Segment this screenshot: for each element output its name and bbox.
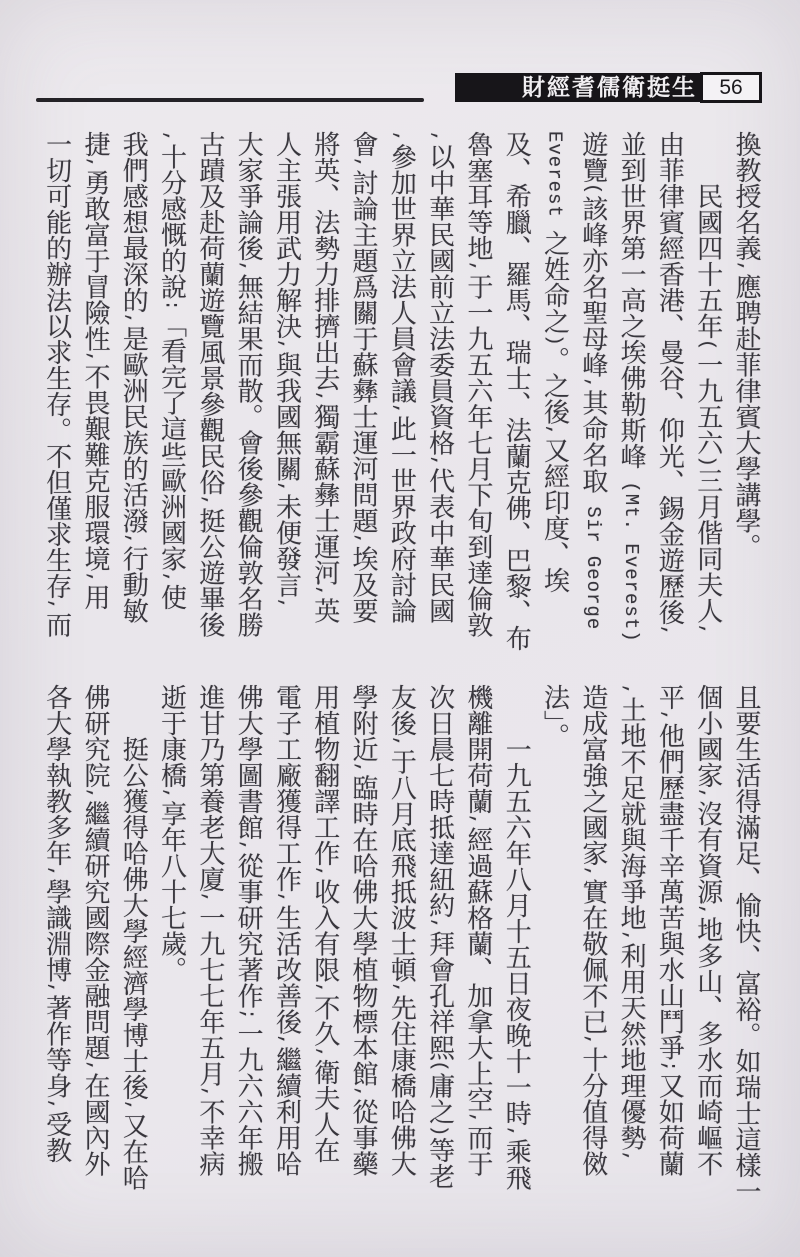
latin-text: ,: [275, 1034, 297, 1046]
text-column: 我們感想最深的,是歐洲民族的活潑,行動敏: [114, 131, 152, 624]
text-column: 換教授名義,應聘赴菲律賓大學講學。: [727, 131, 765, 559]
latin-text: ,: [467, 261, 489, 273]
latin-text: ,: [390, 982, 412, 994]
text-column: 一九五六年八月十五日夜晚十一時,乘飛: [497, 684, 535, 1190]
text-column: 個小國家,沒有資源,地多山、多水而崎嶇不: [688, 684, 726, 1177]
latin-text: ,: [84, 1060, 106, 1072]
text-column: 法」。: [535, 684, 573, 749]
latin-text: ,: [620, 1151, 642, 1163]
latin-text: ,: [314, 866, 336, 878]
text-column: 古蹟及赴荷蘭遊覽風景參觀民俗,挺公遊畢後: [191, 131, 229, 637]
latin-text: ,: [237, 840, 259, 852]
latin-text: ,: [84, 351, 106, 363]
text-column: 由菲律賓經香港、曼谷、仰光、錫金遊歷後,: [650, 131, 688, 637]
latin-text: ,: [735, 261, 757, 273]
page-header-bar: 財經耆儒衛挺生: [455, 73, 702, 102]
latin-text: ;: [237, 1008, 259, 1020]
text-column: 魯塞耳等地,于一九五六年七月下旬到達倫敦: [459, 131, 497, 637]
latin-text: ;: [658, 1060, 680, 1072]
page-number-box: 56: [700, 72, 762, 103]
text-column: 進甘乃第養老大廈,一九七七年五月,不幸病: [191, 684, 229, 1177]
latin-text: Everest: [544, 131, 566, 230]
latin-text: ,: [161, 572, 183, 584]
latin-text: ,: [314, 982, 336, 994]
text-column: 會,討論主題爲關于蘇彝士運河問題,埃及要: [344, 131, 382, 624]
latin-text: ,: [84, 157, 106, 169]
latin-text: ,: [697, 788, 719, 800]
latin-text: ,: [544, 425, 566, 437]
latin-text: ,: [199, 892, 221, 904]
latin-text: ,: [352, 157, 374, 169]
latin-text: (Mt. Everest): [620, 469, 642, 643]
text-column: 及、希臘、羅馬、瑞士、法蘭克佛、巴黎、布: [497, 131, 535, 651]
latin-text: ,: [199, 495, 221, 507]
text-column: 大家爭論後,無結果而散。會後參觀倫敦名勝: [229, 131, 267, 637]
latin-text: ): [429, 1125, 451, 1137]
latin-text: ,: [84, 572, 106, 584]
text-column: 佛大學圖書館,從事研究著作;一九六六年搬: [229, 684, 267, 1177]
latin-text: ,: [122, 533, 144, 545]
latin-text: ,: [582, 866, 604, 878]
text-column: 逝于康橋,享年八十七歲。: [152, 684, 190, 982]
latin-text: (: [582, 183, 604, 195]
latin-text: ,: [582, 1034, 604, 1046]
text-column: 電子工廠獲得工作,生活改善後,繼續利用哈: [267, 684, 305, 1177]
text-column: ,以中華民國前立法委員資格,代表中華民國: [420, 131, 458, 624]
text-column: 學附近,臨時在哈佛大學植物標本館,從事藥: [344, 684, 382, 1177]
latin-text: ,: [46, 982, 68, 994]
text-column: 人主張用武力解決,與我國無關,未便發言,: [267, 131, 305, 610]
text-column: 並到世界第一高之埃佛勒斯峰 (Mt. Everest): [612, 131, 650, 643]
text-column: 將英、法勢力排擠出去,獨霸蘇彝士運河,英: [305, 131, 343, 624]
latin-text: ,: [429, 918, 451, 930]
latin-text: ,: [275, 598, 297, 610]
text-column: 友後,于八月底飛抵波士頓,先住康橋哈佛大: [382, 684, 420, 1177]
header-rule: [36, 98, 424, 102]
latin-text: ,: [620, 930, 642, 942]
latin-text: ,: [582, 377, 604, 389]
latin-text: ,: [352, 533, 374, 545]
text-column: 民國四十五年(一九五六)三月偕同夫人,: [688, 131, 726, 636]
latin-text: ,: [275, 339, 297, 351]
latin-text: ,: [390, 403, 412, 415]
latin-text: ,: [697, 624, 719, 636]
page-number: 56: [719, 77, 742, 98]
latin-text: ,: [199, 1086, 221, 1098]
latin-text: ,: [161, 788, 183, 800]
latin-text: (: [429, 1060, 451, 1072]
latin-text: ,: [620, 684, 642, 696]
latin-text: ,: [505, 1126, 527, 1138]
latin-text: ,: [658, 710, 680, 722]
latin-text: ,: [161, 131, 183, 143]
latin-text: ,: [390, 131, 412, 143]
latin-text: ,: [352, 1086, 374, 1098]
latin-text: :: [161, 299, 183, 311]
latin-text: Sir George: [582, 494, 604, 630]
latin-text: ,: [352, 762, 374, 774]
text-column: 用植物翻譯工作,收入有限,不久,衛夫人在: [305, 684, 343, 1163]
text-column: 平,他們歷盡千辛萬苦與水山鬥爭;又如荷蘭: [650, 684, 688, 1177]
book-title: 財經耆儒衛挺生: [522, 76, 697, 99]
text-column: ,參加世界立法人員會議,此一世界政府討論: [382, 131, 420, 624]
latin-text: ,: [46, 866, 68, 878]
latin-text: ): [544, 334, 566, 346]
text-column: ,十分感慨的說:「看完了這些歐洲國家,使: [152, 131, 190, 610]
latin-text: ): [697, 455, 719, 467]
latin-text: ,: [46, 599, 68, 611]
latin-text: ,: [697, 904, 719, 916]
latin-text: ,: [46, 1099, 68, 1111]
latin-text: ,: [467, 814, 489, 826]
latin-text: ,: [275, 481, 297, 493]
latin-text: ,: [314, 1047, 336, 1059]
latin-text: ,: [467, 1112, 489, 1124]
latin-text: ,: [275, 892, 297, 904]
latin-text: ,: [314, 391, 336, 403]
text-column: 各大學執教多年,學識淵博,著作等身,受教: [37, 684, 75, 1163]
latin-text: ,: [429, 455, 451, 467]
latin-text: ,: [84, 788, 106, 800]
latin-text: ,: [122, 1100, 144, 1112]
text-column: 且要生活得滿足、愉快、富裕。如瑞士這樣一: [727, 684, 765, 1204]
text-column: 佛研究院,繼續研究國際金融問題,在國內外: [76, 684, 114, 1177]
text-column: 造成富強之國家,實在敬佩不已,十分值得傚: [574, 684, 612, 1177]
latin-text: ,: [314, 585, 336, 597]
text-column: 捷,勇敢富于冒險性,不畏艱難克服環境,用: [76, 131, 114, 610]
text-column: Everest 之姓命之)。之後,又經印度、埃: [535, 131, 573, 593]
latin-text: ,: [122, 313, 144, 325]
latin-text: ,: [429, 131, 451, 143]
text-column: 遊覽(該峰亦名聖母峰,其命名取 Sir George: [574, 131, 612, 630]
text-column: 機離開荷蘭,經過蘇格蘭、加拿大上空,而于: [459, 684, 497, 1177]
latin-text: ,: [390, 736, 412, 748]
text-column: 一切可能的辦法以求生存。不但僅求生存,而: [37, 131, 75, 637]
latin-text: ,: [237, 261, 259, 273]
bottom-text-block: 且要生活得滿足、愉快、富裕。如瑞士這樣一個小國家,沒有資源,地多山、多水而崎嶇不…: [36, 684, 765, 1236]
latin-text: ,: [658, 625, 680, 637]
text-column: ,土地不足就與海爭地,利用天然地理優勢,: [612, 684, 650, 1163]
top-text-block: 換教授名義,應聘赴菲律賓大學講學。 民國四十五年(一九五六)三月偕同夫人,由菲律…: [36, 131, 765, 653]
text-column: 挺公獲得哈佛大學經濟學博士後,又在哈: [114, 684, 152, 1190]
text-column: 次日晨七時抵達紐約,拜會孔祥熙(庸之)等老: [420, 684, 458, 1189]
latin-text: (: [697, 339, 719, 351]
